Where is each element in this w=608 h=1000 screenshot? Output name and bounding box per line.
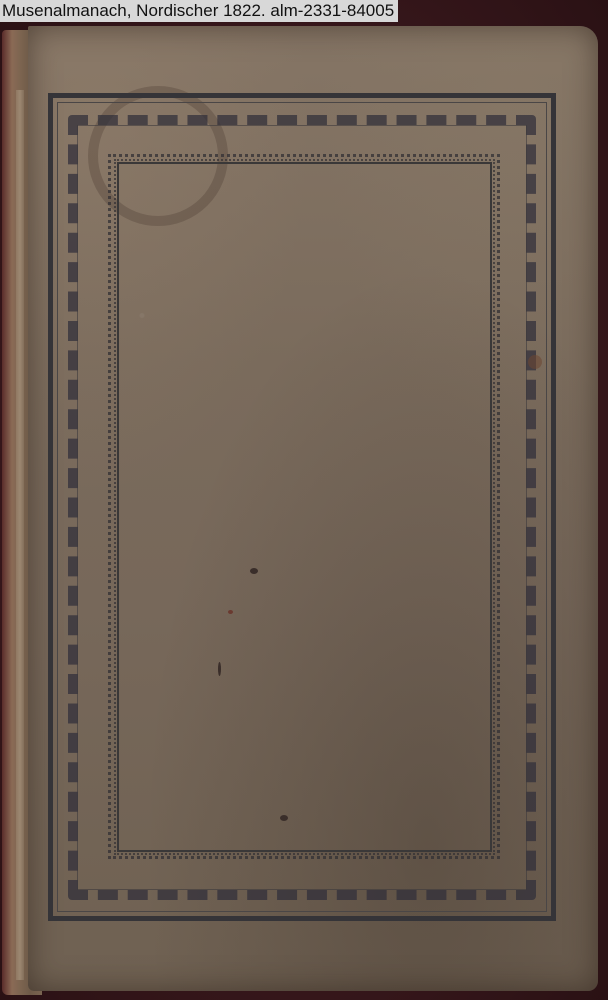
ink-speck (218, 662, 221, 676)
ink-speck (250, 568, 258, 574)
ink-speck (228, 610, 233, 614)
inner-panel-frame (117, 162, 492, 852)
image-caption: Musenalmanach, Nordischer 1822. alm-2331… (0, 0, 398, 22)
ink-speck (280, 815, 288, 821)
rust-stain (528, 355, 542, 369)
spine-strip (16, 90, 24, 980)
